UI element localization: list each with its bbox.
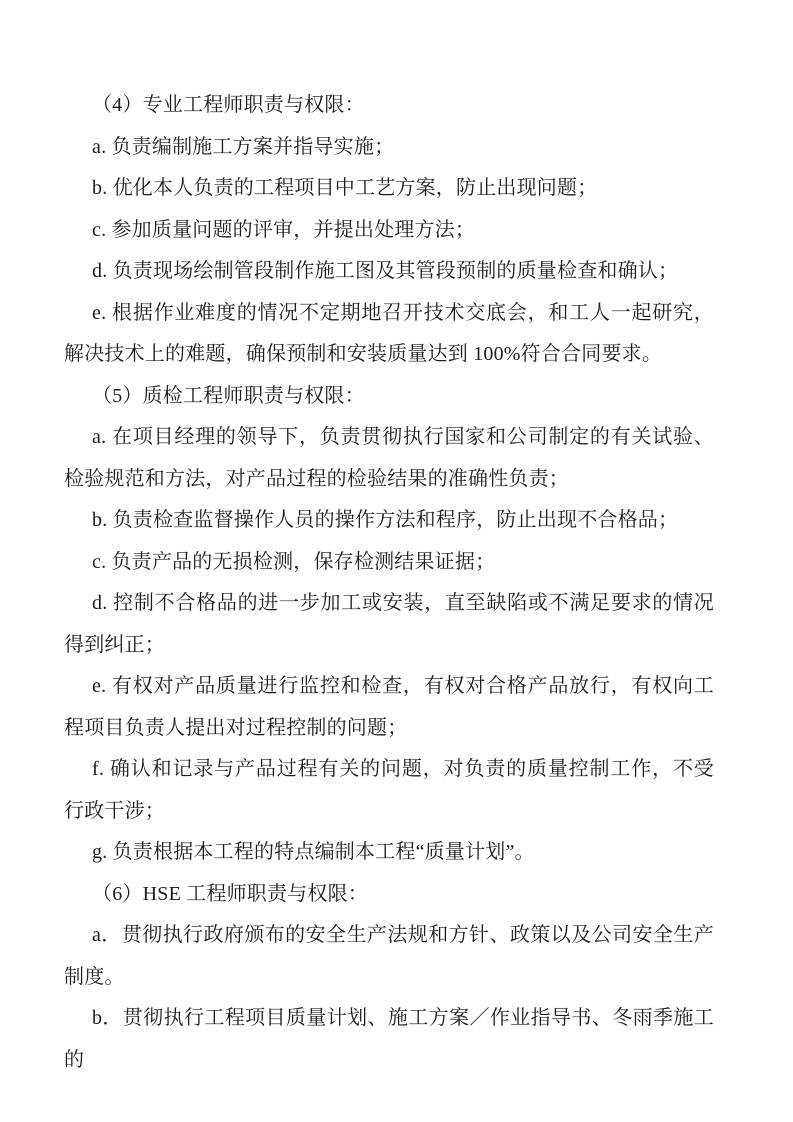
section-6-item-a: a．贯彻执行政府颁布的安全生产法规和方针、政策以及公司安全生产制度。 — [64, 915, 714, 998]
section-6-heading: （6）HSE 工程师职责与权限： — [64, 874, 714, 916]
section-4-item-a: a. 负责编制施工方案并指导实施； — [64, 127, 714, 169]
section-4-heading: （4）专业工程师职责与权限： — [64, 85, 714, 127]
section-5-item-g: g. 负责根据本工程的特点编制本工程“质量计划”。 — [64, 832, 714, 874]
document-body: （4）专业工程师职责与权限： a. 负责编制施工方案并指导实施； b. 优化本人… — [64, 85, 714, 1081]
section-6-item-b: b．贯彻执行工程项目质量计划、施工方案／作业指导书、冬雨季施工的 — [64, 998, 714, 1081]
section-5-item-f: f. 确认和记录与产品过程有关的问题，对负责的质量控制工作，不受行政干涉； — [64, 749, 714, 832]
section-5-item-c: c. 负责产品的无损检测，保存检测结果证据； — [64, 542, 714, 584]
section-5-item-b: b. 负责检查监督操作人员的操作方法和程序，防止出现不合格品； — [64, 500, 714, 542]
section-4-item-e: e. 根据作业难度的情况不定期地召开技术交底会，和工人一起研究，解决技术上的难题… — [64, 293, 714, 376]
section-4-item-c: c. 参加质量问题的评审，并提出处理方法； — [64, 210, 714, 252]
section-5-item-a: a. 在项目经理的领导下，负责贯彻执行国家和公司制定的有关试验、检验规范和方法，… — [64, 417, 714, 500]
section-4-item-d: d. 负责现场绘制管段制作施工图及其管段预制的质量检查和确认； — [64, 251, 714, 293]
section-4-item-b: b. 优化本人负责的工程项目中工艺方案，防止出现问题； — [64, 168, 714, 210]
section-5-heading: （5）质检工程师职责与权限： — [64, 376, 714, 418]
section-5-item-e: e. 有权对产品质量进行监控和检查，有权对合格产品放行，有权向工程项目负责人提出… — [64, 666, 714, 749]
section-5-item-d: d. 控制不合格品的进一步加工或安装，直至缺陷或不满足要求的情况得到纠正； — [64, 583, 714, 666]
document-page: （4）专业工程师职责与权限： a. 负责编制施工方案并指导实施； b. 优化本人… — [0, 0, 793, 1122]
